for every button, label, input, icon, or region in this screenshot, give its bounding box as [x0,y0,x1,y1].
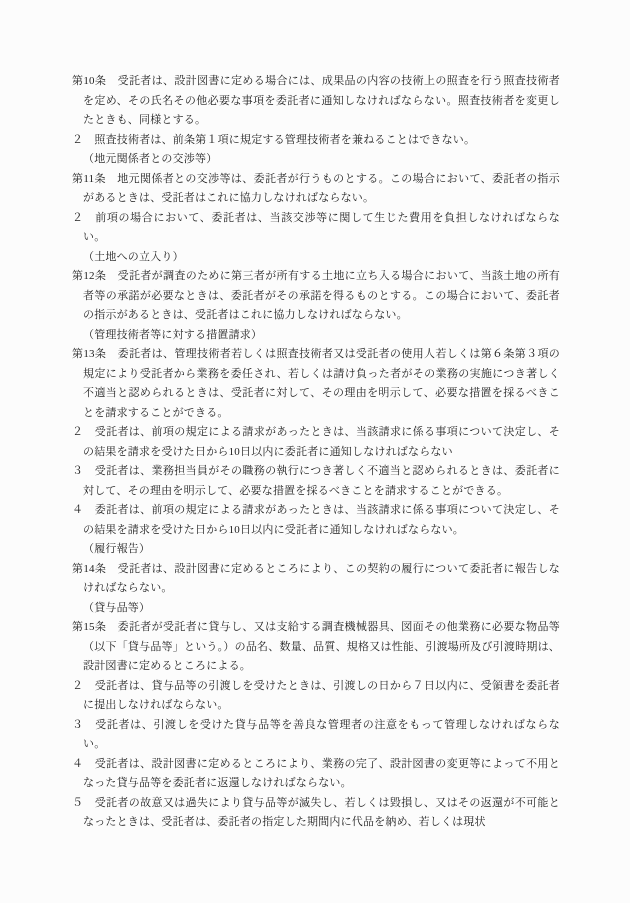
numbered-item-paragraph: ２ 受託者は、前項の規定による請求があったときは、当該請求に係る事項について決定… [72,423,560,462]
clause-heading: （管理技術者等に対する措置請求） [72,326,560,346]
document-body: 第10条 受託者は、設計図書に定める場合には、成果品の内容の技術上の照査を行う照… [72,72,560,833]
numbered-item-paragraph: ３ 受託者は、引渡しを受けた貸与品等を善良な管理者の注意をもって管理しなければな… [72,716,560,755]
article-paragraph: 第12条 受託者が調査のために第三者が所有する土地に立ち入る場合において、当該土… [72,267,560,326]
numbered-item-paragraph: ４ 受託者は、設計図書に定めるところにより、業務の完了、設計図書の変更等によって… [72,755,560,794]
article-paragraph: 第14条 受託者は、設計図書に定めるところにより、この契約の履行について委託者に… [72,560,560,599]
clause-heading: （地元関係者との交渉等） [72,150,560,170]
article-paragraph: 第15条 委託者が受託者に貸与し、又は支給する調査機械器具、図面その他業務に必要… [72,618,560,677]
clause-heading: （貸与品等） [72,599,560,619]
numbered-item-paragraph: ２ 前項の場合において、委託者は、当該交渉等に関して生じた費用を負担しなければな… [72,209,560,248]
clause-heading: （履行報告） [72,540,560,560]
numbered-item-paragraph: ４ 委託者は、前項の規定による請求があったときは、当該請求に係る事項について決定… [72,501,560,540]
numbered-item-paragraph: ５ 受託者の故意又は過失により貸与品等が滅失し、若しくは毀損し、又はその返還が不… [72,794,560,833]
document-page: 第10条 受託者は、設計図書に定める場合には、成果品の内容の技術上の照査を行う照… [0,0,630,903]
numbered-item-paragraph: ２ 受託者は、貸与品等の引渡しを受けたときは、引渡しの日から７日以内に、受領書を… [72,677,560,716]
article-paragraph: 第13条 委託者は、管理技術者若しくは照査技術者又は受託者の使用人若しくは第６条… [72,345,560,423]
numbered-item-paragraph: ２ 照査技術者は、前条第１項に規定する管理技術者を兼ねることはできない。 [72,131,560,151]
numbered-item-paragraph: ３ 受託者は、業務担当員がその職務の執行につき著しく不適当と認められるときは、委… [72,462,560,501]
article-paragraph: 第10条 受託者は、設計図書に定める場合には、成果品の内容の技術上の照査を行う照… [72,72,560,131]
clause-heading: （土地への立入り） [72,248,560,268]
article-paragraph: 第11条 地元関係者との交渉等は、委託者が行うものとする。この場合において、委託… [72,170,560,209]
